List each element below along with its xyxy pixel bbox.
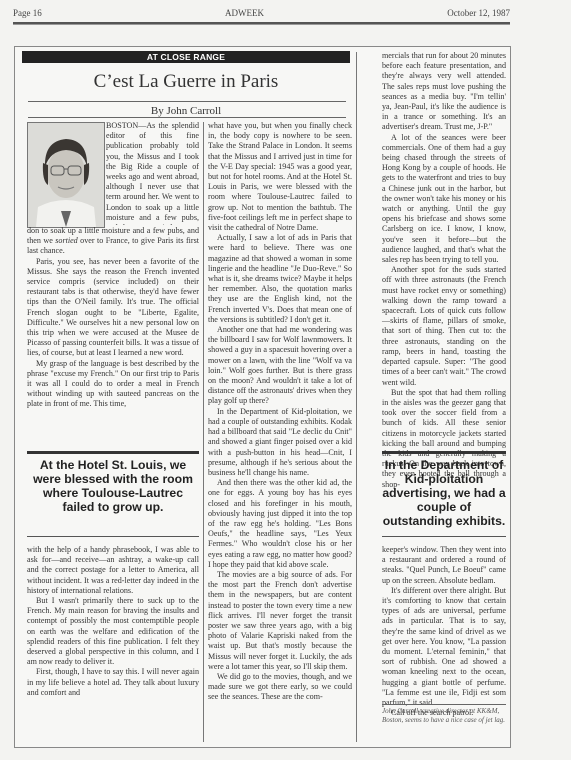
byline-rule xyxy=(28,117,346,118)
pullquote-rule xyxy=(382,536,506,537)
issue-date: October 12, 1987 xyxy=(447,8,510,18)
paragraph: mercials that run for about 20 minutes b… xyxy=(382,51,506,133)
paragraph: It's different over there alright. But i… xyxy=(382,586,506,708)
paragraph: keeper's window. Then they went into a r… xyxy=(382,545,506,586)
paragraph: BOSTON—As the splendid editor of this fi… xyxy=(106,121,199,225)
paragraph: Actually, I saw a lot of ads in Paris th… xyxy=(208,233,352,325)
column-1-text: BOSTON—As the splendid editor of this fi… xyxy=(106,121,199,225)
pullquote-2: In the Department of Kid-ploitation adve… xyxy=(382,458,506,528)
column-divider xyxy=(203,122,204,742)
column-3-continued: keeper's window. Then they went into a r… xyxy=(382,545,506,718)
headline-rule xyxy=(28,101,346,102)
column-3-text: mercials that run for about 20 minutes b… xyxy=(382,51,506,490)
paragraph: We did go to the movies, though, and we … xyxy=(208,672,352,703)
paragraph: with the help of a handy phrasebook, I w… xyxy=(27,545,199,596)
pullquote-rule xyxy=(27,451,199,454)
pullquote-rule xyxy=(27,536,199,537)
paragraph: Another spot for the suds started off wi… xyxy=(382,265,506,387)
author-photo xyxy=(27,122,105,228)
article-headline: C’est La Guerre in Paris xyxy=(22,71,350,93)
paragraph: But I wasn't primarily there to suck up … xyxy=(27,596,199,667)
paragraph: A lot of the seances were beer commercia… xyxy=(382,133,506,266)
paragraph: First, though, I have to say this. I wil… xyxy=(27,667,199,698)
paragraph: Another one that had me wondering was th… xyxy=(208,325,352,407)
paragraph: My grasp of the language is best describ… xyxy=(27,359,199,410)
paragraph: don to soak up a little moisture and a f… xyxy=(27,226,199,257)
paragraph: what have you, but when you finally chec… xyxy=(208,121,352,233)
publication-name: ADWEEK xyxy=(225,8,264,18)
column-1-text: don to soak up a little moisture and a f… xyxy=(27,226,199,410)
pullquote-rule xyxy=(382,451,506,454)
author-portrait-icon xyxy=(28,123,104,227)
page-number: Page 16 xyxy=(13,8,42,18)
masthead: Page 16 ADWEEK October 12, 1987 xyxy=(13,8,510,18)
credit-rule xyxy=(382,704,506,705)
masthead-rule xyxy=(13,22,510,25)
column-divider xyxy=(356,52,357,742)
section-kicker: AT CLOSE RANGE xyxy=(22,51,350,63)
author-credit: John Carroll, creative director at KK&M,… xyxy=(382,707,506,725)
paragraph: And then there was the other kid ad, the… xyxy=(208,478,352,570)
column-1-continued: with the help of a handy phrasebook, I w… xyxy=(27,545,199,698)
column-2-text: what have you, but when you finally chec… xyxy=(208,121,352,703)
byline: By John Carroll xyxy=(22,105,350,117)
pullquote-1: At the Hotel St. Louis, we were blessed … xyxy=(27,458,199,514)
paragraph: The movies are a big source of ads. For … xyxy=(208,570,352,672)
paragraph: Paris, you see, has never been a favorit… xyxy=(27,257,199,359)
paragraph: In the Department of Kid-ploitation, we … xyxy=(208,407,352,478)
